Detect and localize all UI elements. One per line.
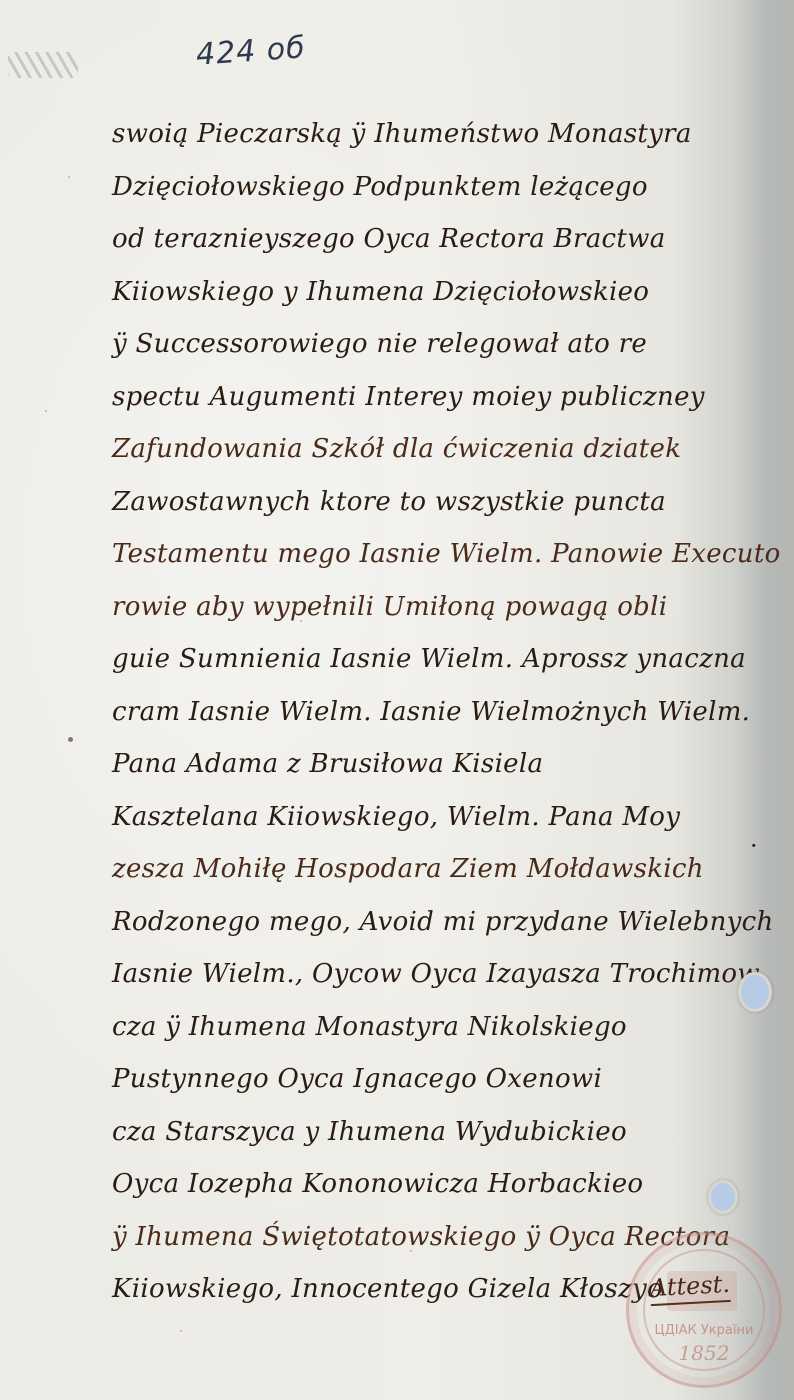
text-line: cram Iasnie Wielm. Iasnie Wielmożnych Wi… bbox=[112, 686, 772, 739]
stamp-label: ЦДІАК України bbox=[629, 1323, 779, 1338]
text-line: Testamentu mego Iasnie Wielm. Panowie Ex… bbox=[112, 528, 772, 581]
text-line: cza ÿ Ihumena Monastyra Nikolskiego bbox=[112, 1001, 772, 1054]
text-line: cza Starszyca y Ihumena Wydubickieo bbox=[112, 1106, 772, 1159]
signature: Attest. bbox=[649, 1270, 731, 1306]
text-line: Kiiowskiego y Ihumena Dzięciołowskieo bbox=[112, 266, 772, 319]
manuscript-page: 424 об swoią Pieczarską ÿ Ihumeństwo Mon… bbox=[0, 0, 794, 1400]
text-line: od teraznieyszego Oyca Rectora Bractwa bbox=[112, 213, 772, 266]
text-line: ÿ Successorowiego nie relegował ato re bbox=[112, 318, 772, 371]
text-line: Kasztelana Kiiowskiego, Wielm. Pana Moy bbox=[112, 791, 772, 844]
text-line: Dzięciołowskiego Podpunktem leżącego bbox=[112, 161, 772, 214]
text-line: Zafundowania Szkół dla ćwiczenia dziatek bbox=[112, 423, 772, 476]
text-line: Oyca Iozepha Kononowicza Horbackieo bbox=[112, 1158, 772, 1211]
stamp-year: 1852 bbox=[629, 1341, 779, 1365]
archive-folio-number: 424 об bbox=[195, 30, 307, 73]
text-line: spectu Augumenti Interey moiey publiczne… bbox=[112, 371, 772, 424]
binding-hole bbox=[708, 1180, 738, 1214]
paper-speck bbox=[68, 176, 70, 178]
text-line: Rodzonego mego, Avoid mi przydane Wieleb… bbox=[112, 896, 772, 949]
paper-speck bbox=[300, 620, 302, 622]
paper-speck bbox=[45, 410, 47, 412]
pencil-notation bbox=[8, 52, 78, 78]
text-line: guie Sumnienia Iasnie Wielm. Aprossz yna… bbox=[112, 633, 772, 686]
margin-mark: · bbox=[750, 832, 758, 860]
text-line: zesza Mohiłę Hospodara Ziem Mołdawskich bbox=[112, 843, 772, 896]
text-line: rowie aby wypełnili Umiłoną powagą obli bbox=[112, 581, 772, 634]
text-line: Pustynnego Oyca Ignacego Oxenowi bbox=[112, 1053, 772, 1106]
binding-hole bbox=[738, 972, 772, 1012]
handwritten-text-block: swoią Pieczarską ÿ Ihumeństwo Monastyra … bbox=[112, 108, 772, 1316]
paper-speck bbox=[410, 1250, 412, 1252]
text-line: Zawostawnych ktore to wszystkie puncta bbox=[112, 476, 772, 529]
paper-speck bbox=[68, 737, 73, 742]
paper-speck bbox=[180, 1330, 182, 1332]
paper-speck bbox=[600, 290, 602, 292]
text-line: swoią Pieczarską ÿ Ihumeństwo Monastyra bbox=[112, 108, 772, 161]
text-line: Pana Adama z Brusiłowa Kisiela bbox=[112, 738, 772, 791]
paper-speck bbox=[520, 980, 522, 982]
text-line: Iasnie Wielm., Oycow Oyca Izayasza Troch… bbox=[112, 948, 772, 1001]
archive-stamp: ЦДІАК України 1852 bbox=[626, 1232, 782, 1388]
